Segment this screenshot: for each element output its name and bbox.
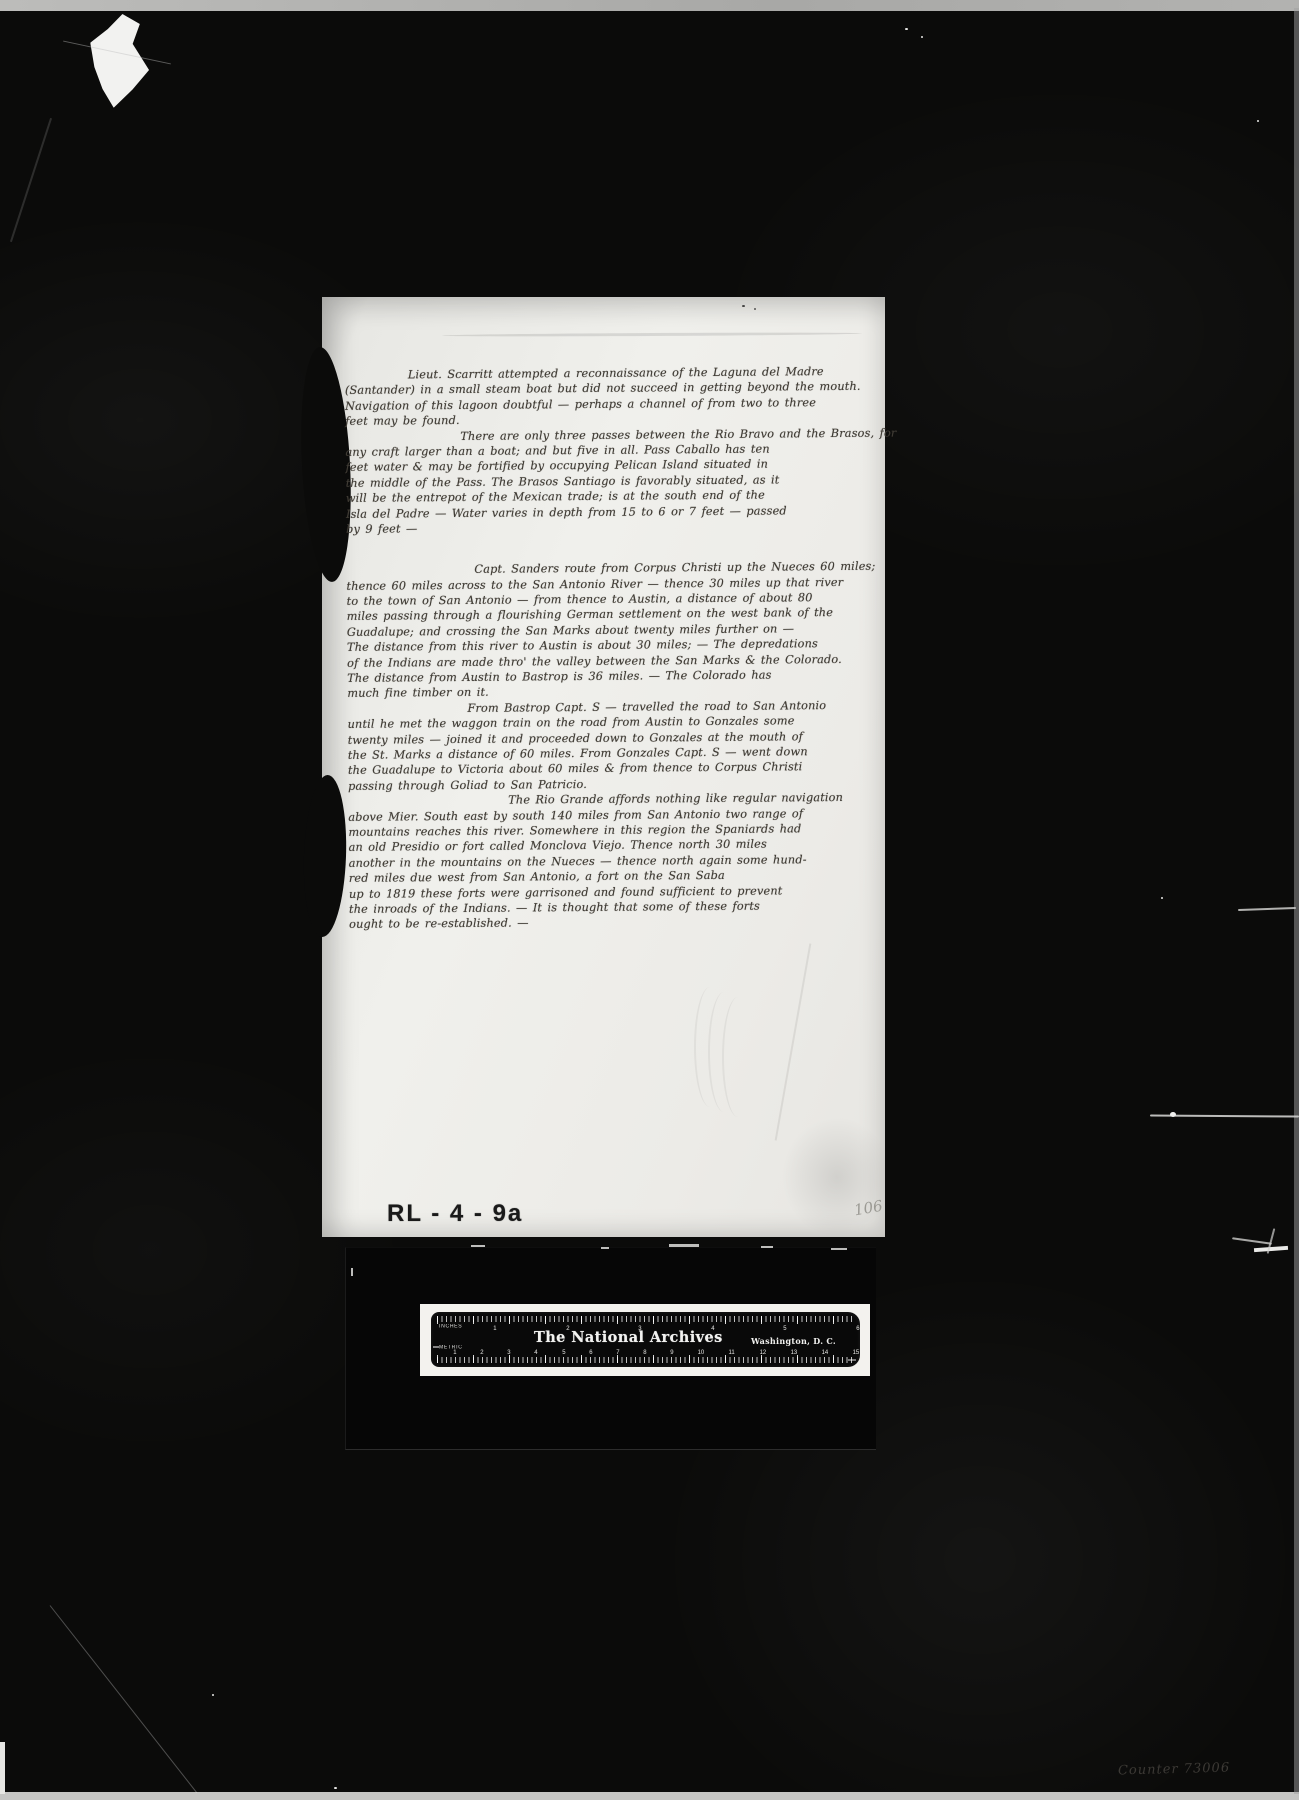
ruler-title: The National Archives xyxy=(534,1329,723,1346)
ruler-panel: INCHES 123456 The National Archives Wash… xyxy=(345,1247,876,1450)
page-crease xyxy=(442,332,862,337)
catalog-label: RL - 4 - 9a xyxy=(387,1200,523,1228)
photo-speck xyxy=(1257,120,1259,122)
photo-speck xyxy=(905,28,908,30)
ink-dot xyxy=(742,305,745,307)
page-crease xyxy=(775,943,812,1140)
photo-speck xyxy=(831,1248,847,1250)
inch-number: 5 xyxy=(784,1326,787,1332)
manuscript-page: Lieut. Scarritt attempted a reconnaissan… xyxy=(322,297,885,1237)
inch-number: 1 xyxy=(493,1326,496,1332)
scratch-line xyxy=(10,118,52,242)
bottom-left-edge-sliver xyxy=(0,1742,5,1794)
crease-line xyxy=(1232,1237,1272,1245)
page-smudge xyxy=(782,1117,892,1237)
manuscript-line: ought to be re-established. — xyxy=(349,914,821,933)
ink-dot xyxy=(754,308,756,310)
scratch-line xyxy=(50,1605,198,1793)
ruler-inches-scale xyxy=(437,1316,854,1324)
photo-speck xyxy=(669,1244,699,1247)
photo-speck xyxy=(761,1246,773,1248)
inches-label: INCHES xyxy=(439,1324,462,1329)
photo-speck xyxy=(334,1787,337,1789)
inch-number: 6 xyxy=(856,1326,859,1332)
crease-line xyxy=(1238,907,1296,911)
photo-speck xyxy=(848,1359,856,1361)
photo-speck xyxy=(921,36,923,38)
corner-inscription: Counter 73006 xyxy=(1118,1761,1230,1779)
right-edge-strip xyxy=(1294,8,1299,1794)
handwritten-text: Lieut. Scarritt attempted a reconnaissan… xyxy=(345,365,821,933)
manuscript-line: by 9 feet — xyxy=(346,519,818,538)
photo-speck xyxy=(471,1245,485,1247)
page-smudge-arc xyxy=(722,997,754,1117)
ruler-mat: INCHES 123456 The National Archives Wash… xyxy=(420,1304,870,1376)
ruler-metric-scale xyxy=(437,1355,854,1363)
photo-speck xyxy=(1161,897,1163,899)
bottom-edge-band xyxy=(0,1792,1299,1800)
torn-patch xyxy=(82,10,156,112)
ruler-location: Washington, D. C. xyxy=(751,1336,836,1346)
photo-speck xyxy=(212,1694,214,1696)
photo-speck xyxy=(433,1346,439,1348)
photo-speck xyxy=(601,1247,609,1249)
photo-speck xyxy=(351,1268,353,1276)
top-edge-band xyxy=(0,0,1299,11)
photo-speck xyxy=(1254,1246,1288,1252)
photo-speck xyxy=(1170,1112,1176,1117)
page-edge-tear xyxy=(301,774,349,937)
archival-photo-background: Lieut. Scarritt attempted a reconnaissan… xyxy=(0,0,1299,1800)
national-archives-ruler: INCHES 123456 The National Archives Wash… xyxy=(431,1312,860,1367)
